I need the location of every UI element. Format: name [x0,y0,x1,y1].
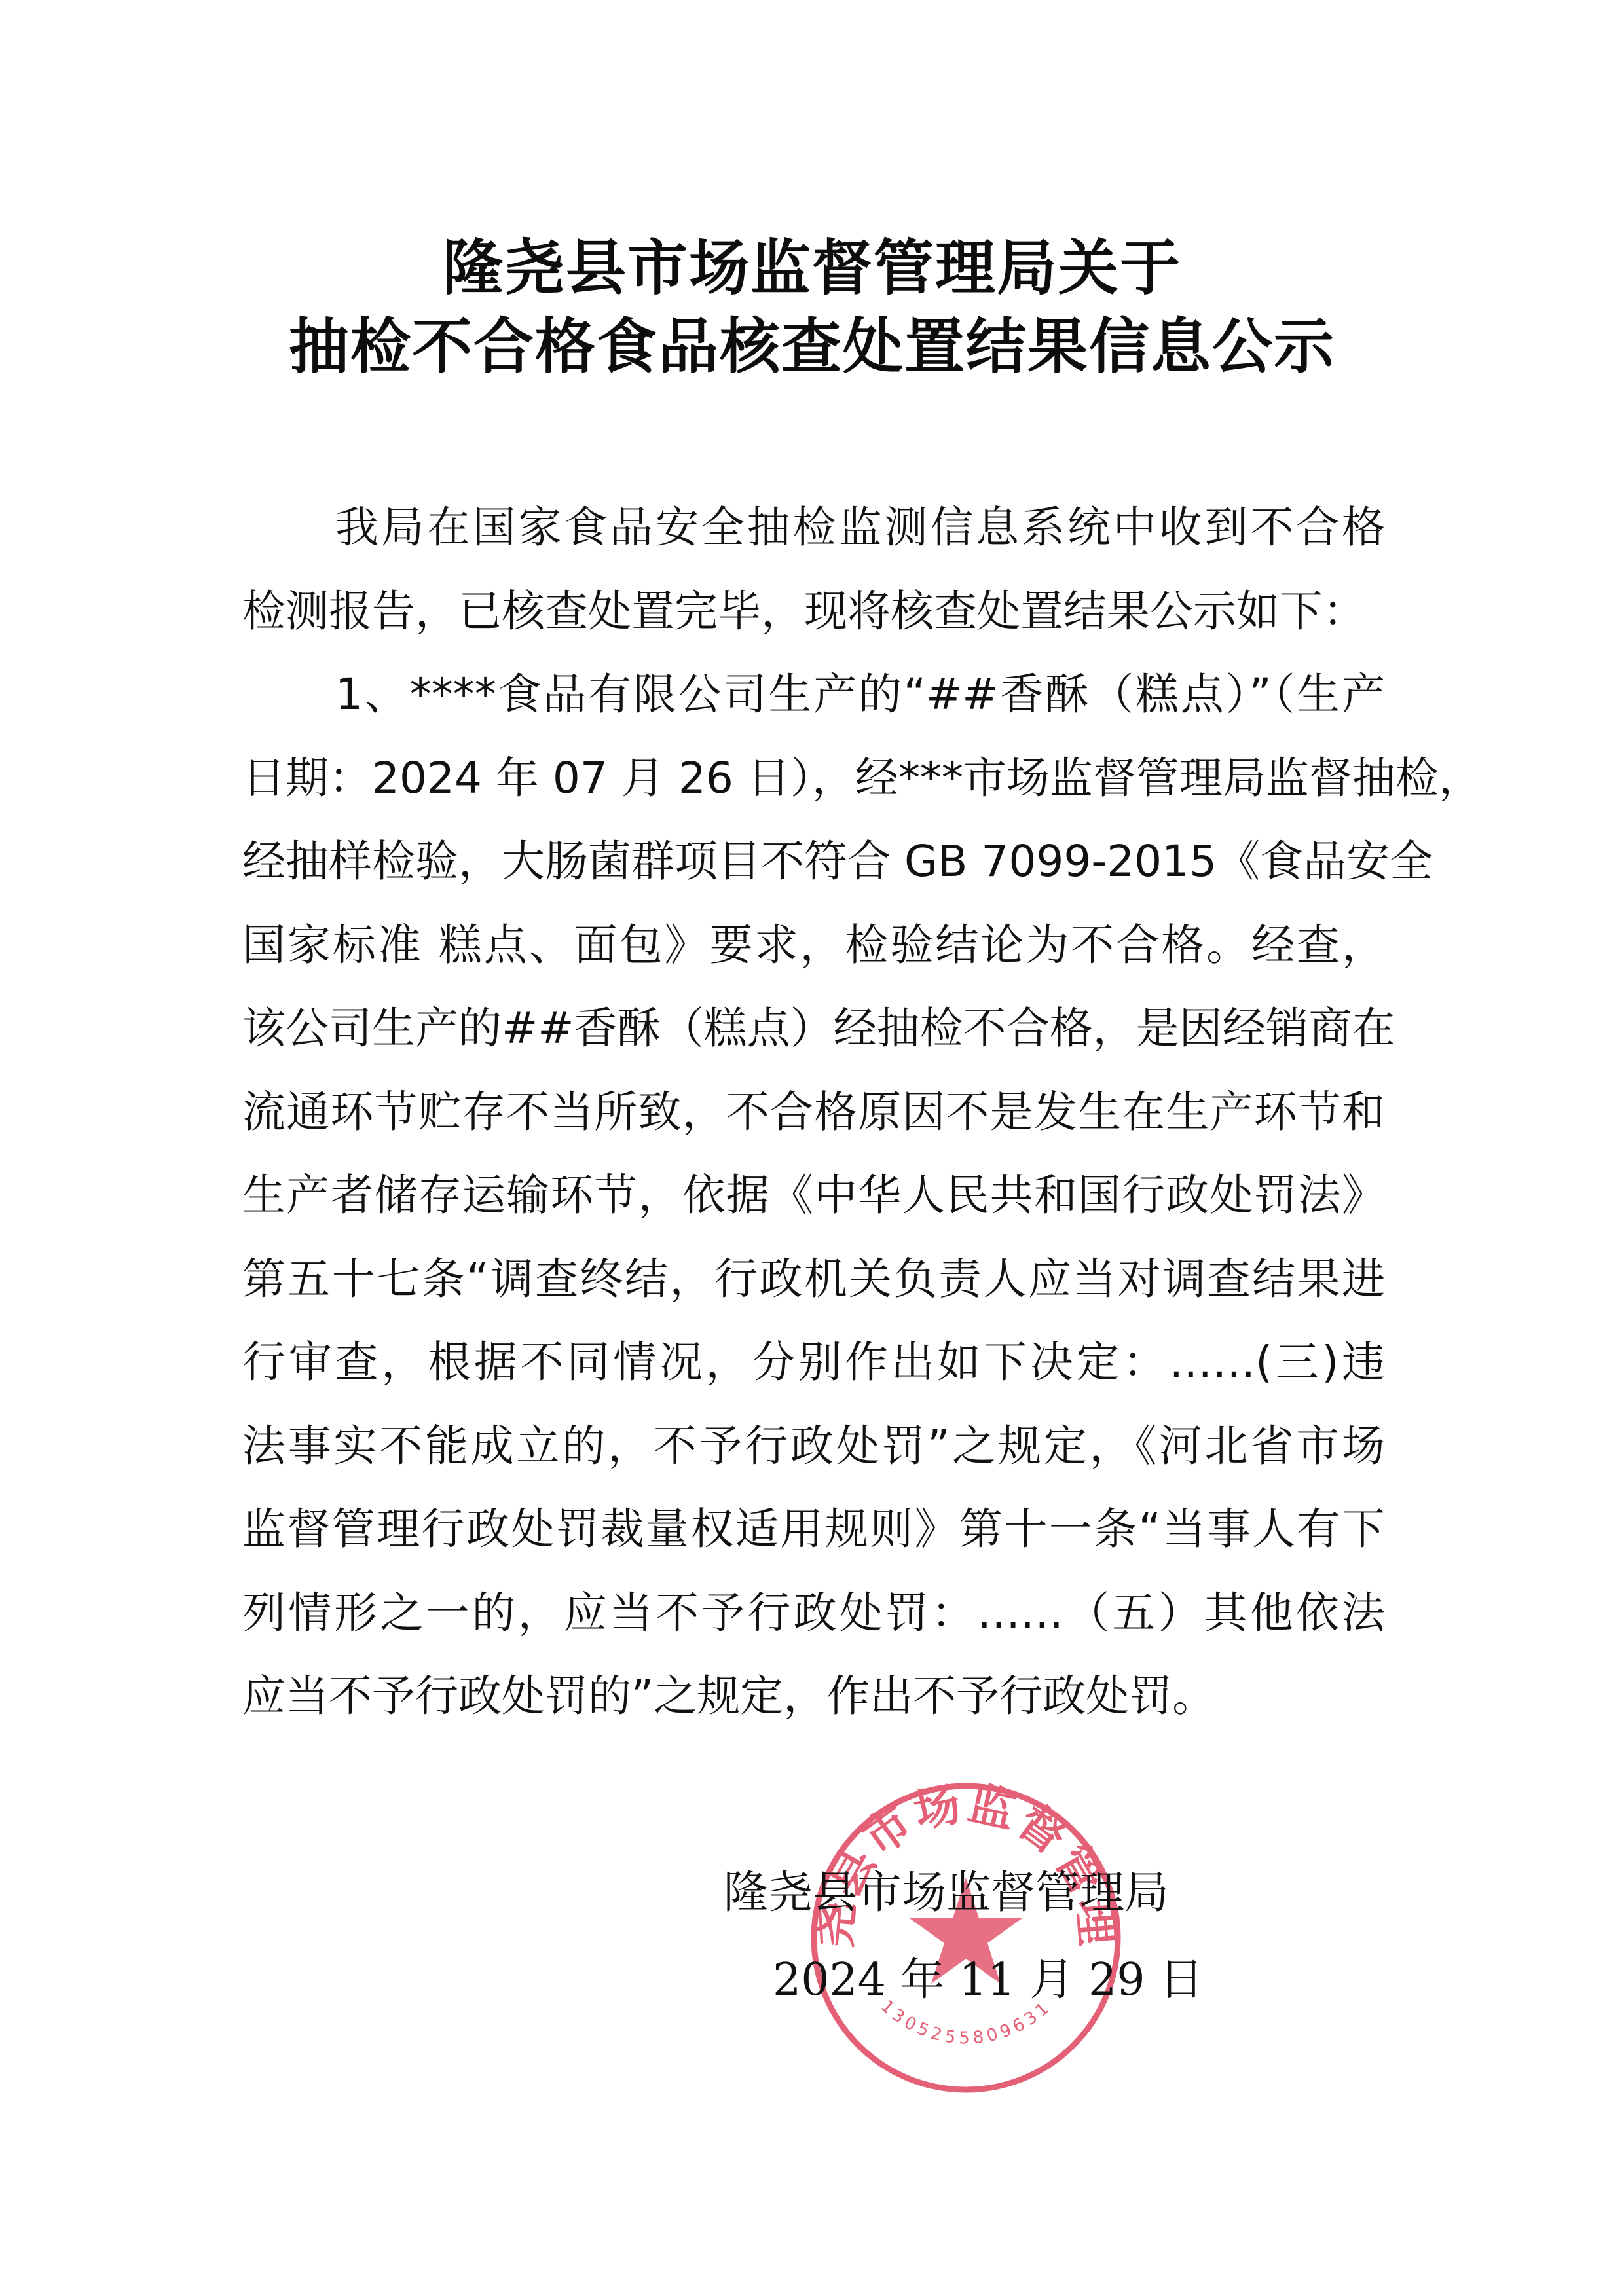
body-line: 国家标准 糕点、面包》要求，检验结论为不合格。经查， [242,903,1385,987]
body-line: 应当不予行政处罚的”之规定，作出不予行政处罚。 [242,1654,1385,1738]
body-line: 行审查，根据不同情况，分别作出如下决定：……(三)违 [242,1321,1385,1404]
body-line: 1、****食品有限公司生产的“##香酥（糕点）”（生产 [242,653,1385,737]
body-line: 该公司生产的##香酥（糕点）经抽检不合格，是因经销商在 [242,987,1385,1070]
issue-date: 2024 年 11 月 29 日 [773,1948,1139,2013]
body-line: 流通环节贮存不当所致，不合格原因不是发生在生产环节和 [242,1070,1385,1154]
body-line: 日期：2024 年 07 月 26 日），经***市场监督管理局监督抽检， [242,737,1385,820]
issuing-authority-signature: 隆尧县市场监督管理局 [724,1861,1156,1926]
document-title-line-1: 隆尧县市场监督管理局关于 [0,229,1624,308]
body-line: 法事实不能成立的，不予行政处罚”之规定，《河北省市场 [242,1404,1385,1488]
body-line: 我局在国家食品安全抽检监测信息系统中收到不合格 [242,486,1385,570]
document-body: 我局在国家食品安全抽检监测信息系统中收到不合格 检测报告，已核查处置完毕，现将核… [242,486,1385,1738]
body-line: 监督管理行政处罚裁量权适用规则》第十一条“当事人有下 [242,1487,1385,1571]
body-line: 第五十七条“调查终结，行政机关负责人应当对调查结果进 [242,1237,1385,1321]
official-seal-icon: 隆尧县市场监督管理局 1305255809631 [807,1779,1124,2096]
body-line: 检测报告，已核查处置完毕，现将核查处置结果公示如下： [242,570,1385,653]
body-line: 经抽样检验，大肠菌群项目不符合 GB 7099-2015《食品安全 [242,820,1385,903]
document-title-line-2: 抽检不合格食品核查处置结果信息公示 [0,308,1624,386]
body-line: 列情形之一的，应当不予行政处罚：……（五）其他依法 [242,1571,1385,1655]
body-line: 生产者储存运输环节，依据《中华人民共和国行政处罚法》 [242,1154,1385,1237]
